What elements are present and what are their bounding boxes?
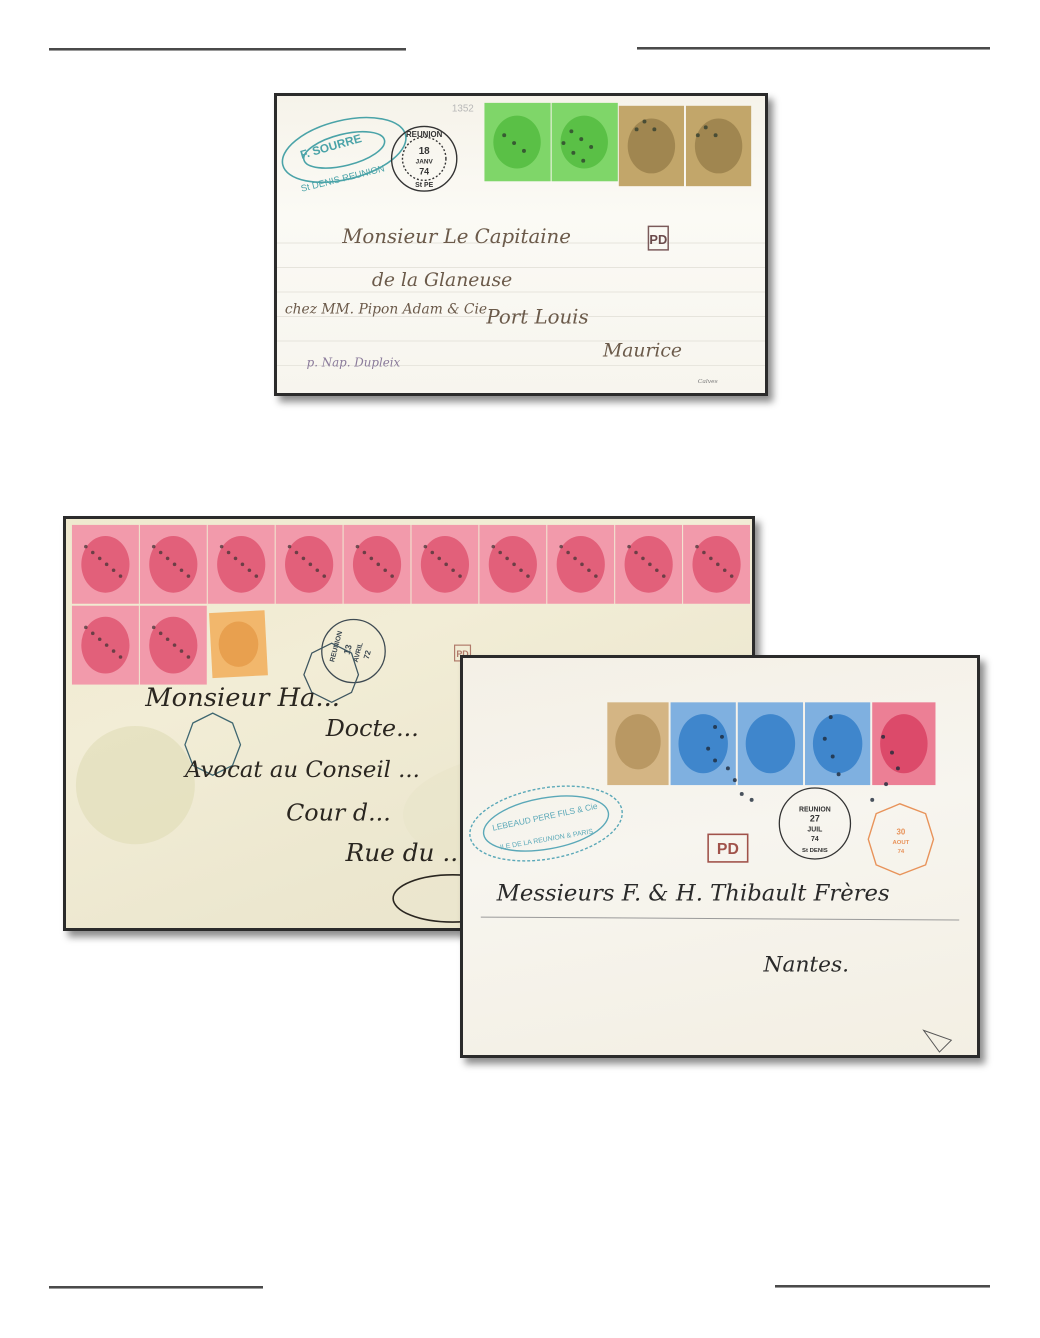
pd-mark: PD (717, 841, 739, 858)
sender-cachet-name: LEBEAUD PERE FILS & Cie (491, 801, 598, 833)
postmark-month: JANV (416, 159, 434, 166)
postmark-top: REUNION (329, 630, 344, 662)
cover-1-artwork: F. SOURRE St DENIS REUNION REUNION 18 JA… (277, 96, 765, 393)
address-handwriting: Messieurs F. & H. Thibault Frères Nantes… (496, 880, 890, 977)
entry-mark-day: 30 (896, 827, 905, 836)
address-line-5: Maurice (602, 341, 682, 362)
sender-cachet-place: St DENIS REUNION (300, 163, 386, 193)
pd-mark: PD (649, 232, 667, 247)
cover-photo-reunion-to-mauritius: F. SOURRE St DENIS REUNION REUNION 18 JA… (274, 93, 768, 396)
entry-mark-year: 74 (898, 849, 905, 855)
entry-mark-month: AOUT (893, 840, 910, 846)
postmark-bottom: St PE (415, 182, 433, 189)
header-rule-right (637, 47, 990, 49)
postmark-top: REUNION (406, 130, 443, 139)
postmark-year: 74 (811, 836, 819, 843)
address-line-3: chez MM. Pipon Adam & Cie (285, 302, 487, 318)
address-handwriting: Monsieur Le Capitaine de la Glaneuse che… (285, 225, 718, 385)
stamp-strip (484, 103, 751, 186)
address-line-2: Docte... (325, 714, 419, 742)
cover-3-artwork: LEBEAUD PERE FILS & Cie ILE DE LA REUNIO… (463, 658, 977, 1055)
postmark-year: 72 (362, 649, 373, 660)
expert-mark: Calves (698, 379, 718, 385)
cover-photo-to-nantes: LEBEAUD PERE FILS & Cie ILE DE LA REUNIO… (460, 655, 980, 1058)
address-line-1: Messieurs F. & H. Thibault Frères (496, 880, 890, 906)
address-line-1: Monsieur Le Capitaine (341, 225, 571, 248)
postmark-month: JUIL (807, 826, 822, 833)
footer-rule-left (49, 1286, 263, 1288)
address-line-4: Port Louis (485, 305, 588, 328)
address-line-4: Cour d... (286, 799, 391, 827)
routing-note: p. Nap. Dupleix (307, 356, 401, 370)
stamp-strip (607, 702, 935, 785)
address-line-2: Nantes. (762, 952, 849, 977)
postmark-bottom: St DENIS (802, 848, 828, 854)
corner-note: 1352 (452, 104, 474, 115)
postmark-day: 18 (419, 146, 431, 157)
address-line-5: Rue du ... (345, 838, 466, 867)
address-line-2: de la Glaneuse (372, 270, 512, 291)
sender-cachet-name: F. SOURRE (299, 131, 364, 162)
address-line-3: Avocat au Conseil ... (183, 757, 420, 783)
address-line-1: Monsieur Ha... (144, 683, 340, 713)
header-rule-left (49, 48, 406, 50)
address-handwriting: Monsieur Ha... Docte... Avocat au Consei… (144, 683, 466, 867)
postmark-year: 74 (419, 166, 429, 176)
footer-rule-right (775, 1285, 990, 1287)
postmark-day: 27 (810, 814, 820, 824)
sender-cachet (464, 775, 628, 872)
